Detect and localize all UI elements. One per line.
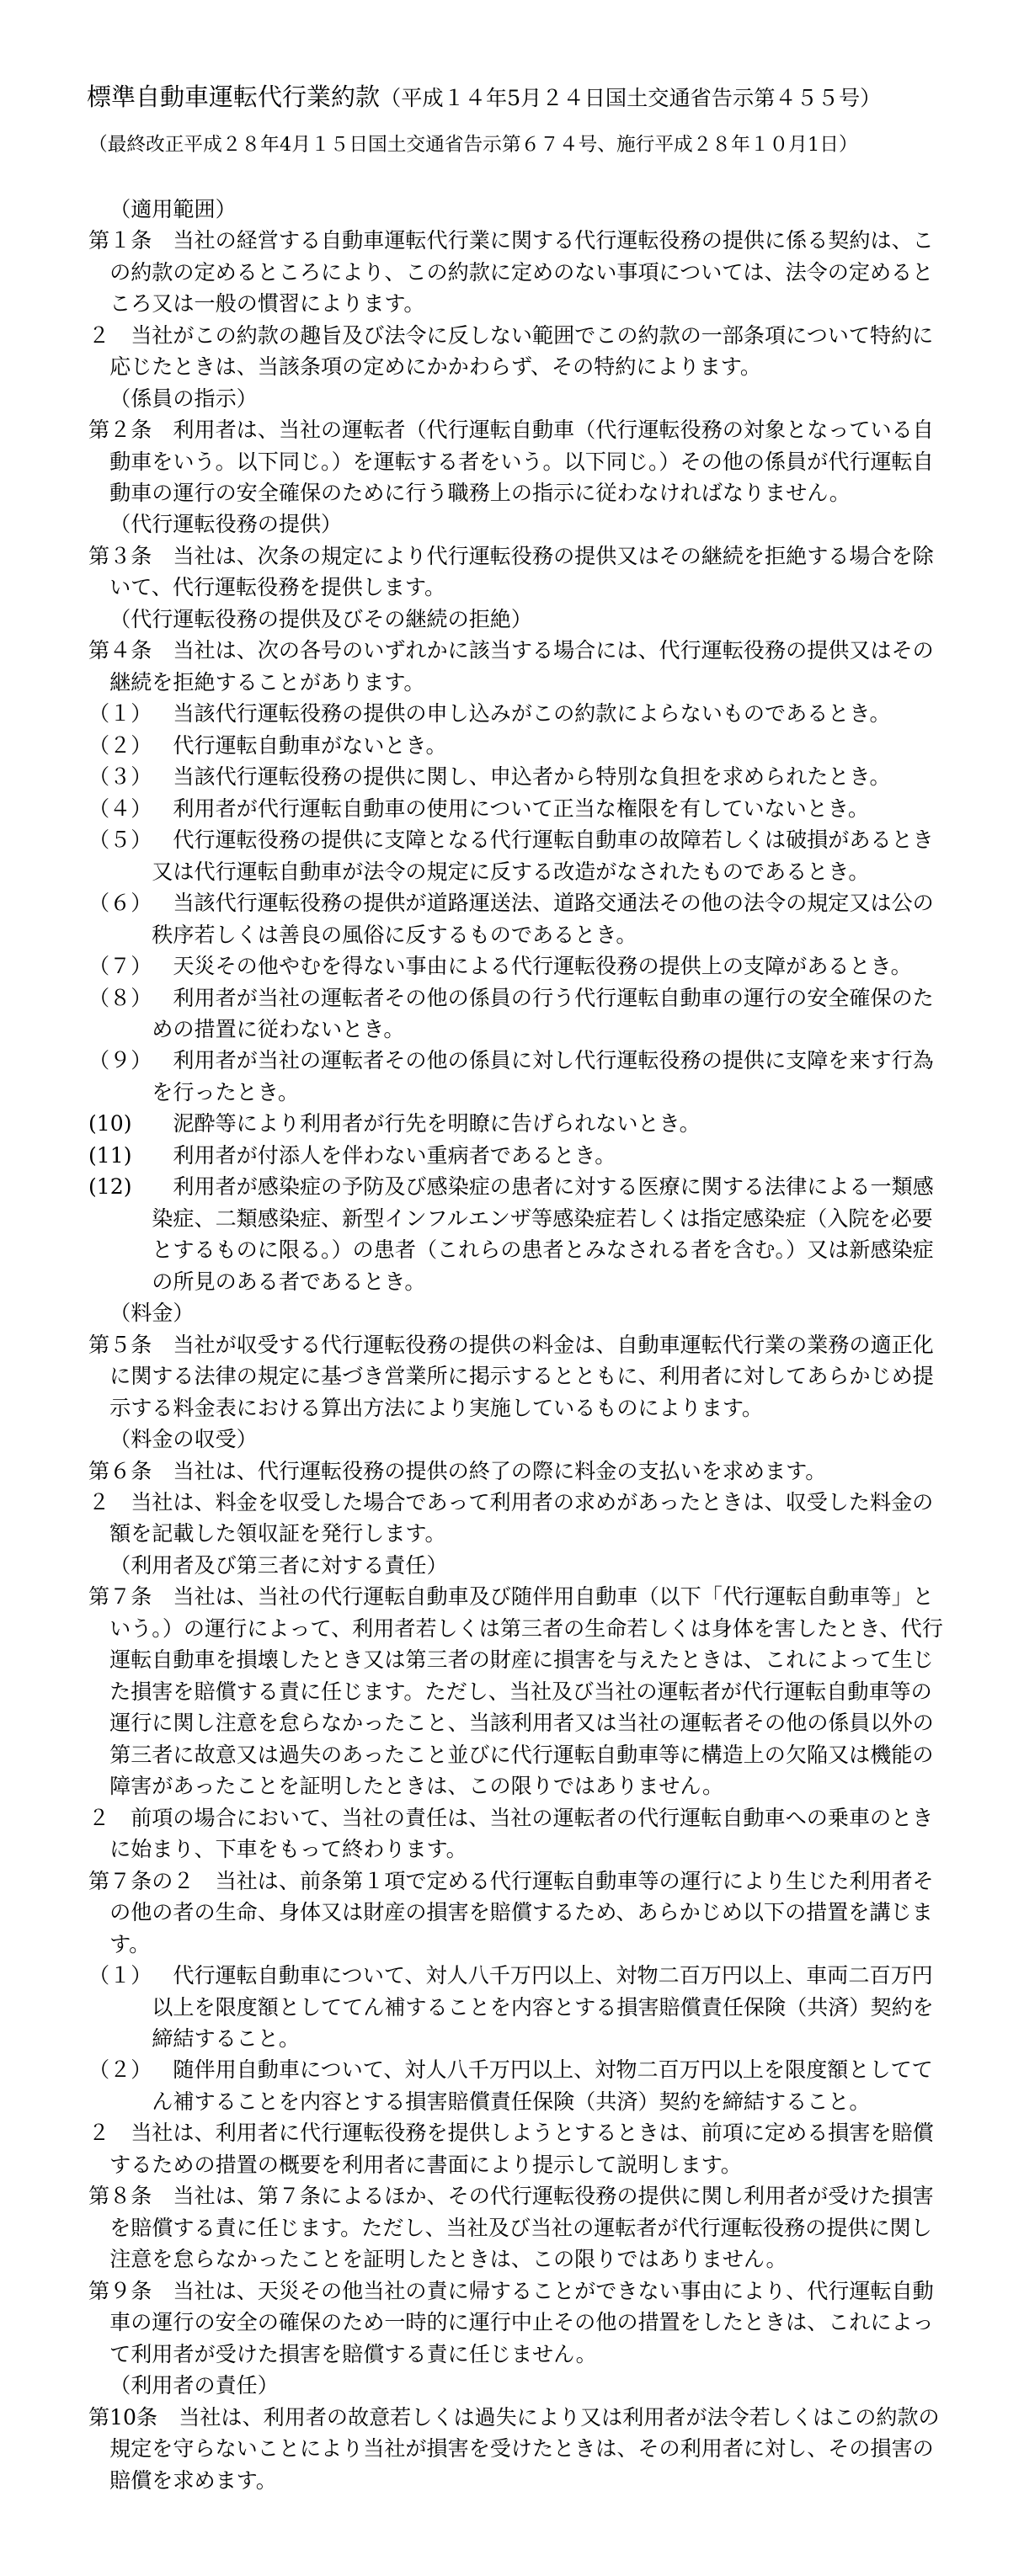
paragraph-text: 前項の場合において、当社の責任は、当社の運転者の代行運転自動車への乗車のとき (131, 1806, 933, 1830)
article-text: 当社は、利用者の故意若しくは過失により又は利用者が法令若しくはこの約款の (179, 2405, 939, 2430)
list-item: （１）代行運転自動車について、対人八千万円以上、対物二百万円以上、車両二百万円 (88, 1960, 956, 1991)
item-text: 当該代行運転役務の提供が道路運送法、道路交通法その他の法令の規定又は公の (173, 891, 933, 915)
article-heading: （料金の収受） (88, 1424, 956, 1455)
item-text: 代行運転役務の提供に支障となる代行運転自動車の故障若しくは破損があるとき (173, 828, 933, 852)
article-1: （適用範囲） 第１条当社の経営する自動車運転代行業に関する代行運転役務の提供に係… (88, 194, 956, 383)
article-text-line: ころ又は一般の慣習によります。 (88, 288, 956, 319)
article-text-line: す。 (88, 1929, 956, 1960)
article-heading: （代行運転役務の提供） (88, 508, 956, 540)
paragraph-number: ２ (88, 1490, 109, 1514)
article-text-line: 動車をいう。以下同じ。）を運転する者をいう。以下同じ。）その他の係員が代行運転自 (88, 446, 956, 477)
article-text-line: 運転自動車を損壊したとき又は第三者の財産に損害を与えたときは、これによって生じ (88, 1644, 956, 1675)
article-text-line: 車の運行の安全の確保のため一時的に運行中止その他の措置をしたときは、これによっ (88, 2307, 956, 2338)
article-text-line: 第三者に故意又は過失のあったこと並びに代行運転自動車等に構造上の欠陥又は機能の (88, 1739, 956, 1770)
item-text: 当該代行運転役務の提供の申し込みがこの約款によらないものであるとき。 (173, 701, 890, 726)
paragraph-text-line: 額を記載した領収証を発行します。 (88, 1518, 956, 1549)
article-heading: （料金） (88, 1297, 956, 1328)
item-number: （３） (88, 761, 152, 792)
article-heading: （代行運転役務の提供及びその継続の拒絶） (88, 604, 956, 635)
article-heading: （利用者の責任） (88, 2370, 956, 2401)
list-item: (11)利用者が付添人を伴わない重病者であるとき。 (88, 1140, 956, 1171)
title-notice-reference: （平成１４年5月２４日国土交通省告示第４５５号） (380, 86, 881, 110)
list-item: （３）当該代行運転役務の提供に関し、申込者から特別な負担を求められたとき。 (88, 761, 956, 792)
article-text-line: 動車の運行の安全確保のために行う職務上の指示に従わなければなりません。 (88, 477, 956, 508)
article-5: （料金） 第５条当社が収受する代行運転役務の提供の料金は、自動車運転代行業の業務… (88, 1297, 956, 1424)
list-item: （６）当該代行運転役務の提供が道路運送法、道路交通法その他の法令の規定又は公の (88, 887, 956, 918)
article-text-line: いう。）の運行によって、利用者若しくは第三者の生命若しくは身体を害したとき、代行 (88, 1613, 956, 1644)
item-number: （８） (88, 982, 152, 1014)
article-text-line: 第９条当社は、天災その他当社の責に帰することができない事由により、代行運転自動 (88, 2275, 956, 2307)
article-text-line: 注意を怠らなかったことを証明したときは、この限りではありません。 (88, 2243, 956, 2275)
article-text-line: の他の者の生命、身体又は財産の損害を賠償するため、あらかじめ以下の措置を講じま (88, 1897, 956, 1928)
article-10: （利用者の責任） 第10条当社は、利用者の故意若しくは過失により又は利用者が法令… (88, 2370, 956, 2496)
item-number: （１） (88, 1960, 152, 1991)
paragraph-text-line: するための措置の概要を利用者に書面により提示して説明します。 (88, 2149, 956, 2180)
list-item: （２）随伴用自動車について、対人八千万円以上、対物二百万円以上を限度額としてて (88, 2054, 956, 2085)
article-text-line: いて、代行運転役務を提供します。 (88, 572, 956, 603)
article-text-line: 第３条当社は、次条の規定により代行運転役務の提供又はその継続を拒絶する場合を除 (88, 540, 956, 572)
item-number: (11) (88, 1140, 152, 1171)
list-item: （８）利用者が当社の運転者その他の係員の行う代行運転自動車の運行の安全確保のた (88, 982, 956, 1014)
article-number: 第７条 (88, 1584, 152, 1609)
article-text: 当社は、第７条によるほか、その代行運転役務の提供に関し利用者が受けた損害 (173, 2184, 933, 2208)
item-text: 天災その他やむを得ない事由による代行運転役務の提供上の支障があるとき。 (173, 954, 911, 978)
item-number: (12) (88, 1171, 152, 1202)
item-number: （７） (88, 950, 152, 982)
article-text-line: 第６条当社は、代行運転役務の提供の終了の際に料金の支払いを求めます。 (88, 1456, 956, 1487)
article-text-line: 第10条当社は、利用者の故意若しくは過失により又は利用者が法令若しくはこの約款の (88, 2402, 956, 2433)
article-text-line: 第８条当社は、第７条によるほか、その代行運転役務の提供に関し利用者が受けた損害 (88, 2180, 956, 2211)
article-number: 第６条 (88, 1459, 152, 1483)
article-text-line: た損害を賠償する責に任じます。ただし、当社及び当社の運転者が代行運転自動車等の (88, 1676, 956, 1707)
article-text: 当社は、次の各号のいずれかに該当する場合には、代行運転役務の提供又はその (173, 638, 933, 663)
article-number: 第４条 (88, 638, 152, 663)
article-text-line: 第７条当社は、当社の代行運転自動車及び随伴用自動車（以下「代行運転自動車等」と (88, 1581, 956, 1612)
article-text-line: を賠償する責に任じます。ただし、当社及び当社の運転者が代行運転役務の提供に関し (88, 2212, 956, 2243)
item-text-line: 染症、二類感染症、新型インフルエンザ等感染症若しくは指定感染症（入院を必要 (88, 1203, 956, 1234)
item-text: 利用者が代行運転自動車の使用について正当な権限を有していないとき。 (173, 796, 869, 821)
article-text-line: て利用者が受けた損害を賠償する責に任じません。 (88, 2339, 956, 2370)
article-text-line: 第７条の２当社は、前条第１項で定める代行運転自動車等の運行により生じた利用者そ (88, 1865, 956, 1897)
article-7: （利用者及び第三者に対する責任） 第７条当社は、当社の代行運転自動車及び随伴用自… (88, 1550, 956, 1865)
item-number: （２） (88, 2054, 152, 2085)
article-number: 第１条 (88, 228, 152, 253)
item-text: 代行運転自動車について、対人八千万円以上、対物二百万円以上、車両二百万円 (173, 1963, 932, 1988)
article-7-2: 第７条の２当社は、前条第１項で定める代行運転自動車等の運行により生じた利用者そ … (88, 1865, 956, 2181)
article-text: 当社は、次条の規定により代行運転役務の提供又はその継続を拒絶する場合を除 (173, 544, 933, 568)
item-text-line: の所見のある者であるとき。 (88, 1266, 956, 1297)
paragraph-line: ２当社がこの約款の趣旨及び法令に反しない範囲でこの約款の一部条項について特約に (88, 320, 956, 351)
article-text-line: 継続を拒絶することがあります。 (88, 667, 956, 698)
item-text: 当該代行運転役務の提供に関し、申込者から特別な負担を求められたとき。 (173, 764, 890, 789)
article-text: 当社は、当社の代行運転自動車及び随伴用自動車（以下「代行運転自動車等」と (173, 1584, 933, 1609)
article-text: 当社の経営する自動車運転代行業に関する代行運転役務の提供に係る契約は、こ (173, 228, 933, 253)
paragraph-number: ２ (88, 2121, 109, 2145)
article-8: 第８条当社は、第７条によるほか、その代行運転役務の提供に関し利用者が受けた損害 … (88, 2180, 956, 2275)
item-text: 利用者が当社の運転者その他の係員の行う代行運転自動車の運行の安全確保のた (173, 986, 933, 1010)
item-text-line: 秩序若しくは善良の風俗に反するものであるとき。 (88, 919, 956, 950)
item-text-line: を行ったとき。 (88, 1077, 956, 1108)
article-number: 第８条 (88, 2184, 152, 2208)
article-text-line: の約款の定めるところにより、この約款に定めのない事項については、法令の定めると (88, 257, 956, 288)
article-text: 利用者は、当社の運転者（代行運転自動車（代行運転役務の対象となっている自 (173, 418, 933, 442)
item-text-line: めの措置に従わないとき。 (88, 1014, 956, 1045)
list-item: （１）当該代行運転役務の提供の申し込みがこの約款によらないものであるとき。 (88, 698, 956, 729)
paragraph-text: 当社は、料金を収受した場合であって利用者の求めがあったときは、収受した料金の (131, 1490, 933, 1514)
article-text-line: 障害があったことを証明したときは、この限りではありません。 (88, 1770, 956, 1802)
paragraph-text-line: に始まり、下車をもって終わります。 (88, 1834, 956, 1865)
article-heading: （係員の指示） (88, 383, 956, 414)
article-text: 当社が収受する代行運転役務の提供の料金は、自動車運転代行業の業務の適正化 (173, 1333, 933, 1357)
article-text-line: 第４条当社は、次の各号のいずれかに該当する場合には、代行運転役務の提供又はその (88, 635, 956, 666)
article-number: 第２条 (88, 418, 152, 442)
item-text: 泥酔等により利用者が行先を明瞭に告げられないとき。 (173, 1111, 700, 1136)
article-text-line: 第１条当社の経営する自動車運転代行業に関する代行運転役務の提供に係る契約は、こ (88, 225, 956, 256)
item-text: 随伴用自動車について、対人八千万円以上、対物二百万円以上を限度額としてて (173, 2057, 932, 2082)
item-text-line: とするものに限る。）の患者（これらの患者とみなされる者を含む。）又は新感染症 (88, 1234, 956, 1265)
paragraph-text-line: 応じたときは、当該条項の定めにかかわらず、その特約によります。 (88, 351, 956, 382)
list-item: （９）利用者が当社の運転者その他の係員に対し代行運転役務の提供に支障を来す行為 (88, 1045, 956, 1076)
list-item: (10)泥酔等により利用者が行先を明瞭に告げられないとき。 (88, 1108, 956, 1139)
item-number: （１） (88, 698, 152, 729)
paragraph-line: ２前項の場合において、当社の責任は、当社の運転者の代行運転自動車への乗車のとき (88, 1802, 956, 1834)
paragraph-number: ２ (88, 1806, 109, 1830)
paragraph-text: 当社がこの約款の趣旨及び法令に反しない範囲でこの約款の一部条項について特約に (131, 323, 933, 348)
item-number: （２） (88, 730, 152, 761)
paragraph-text: 当社は、利用者に代行運転役務を提供しようとするときは、前項に定める損害を賠償 (131, 2121, 934, 2145)
item-number: （４） (88, 793, 152, 824)
item-text-line: 又は代行運転自動車が法令の規定に反する改造がなされたものであるとき。 (88, 856, 956, 887)
item-text-line: 以上を限度額としててん補することを内容とする損害賠償責任保険（共済）契約を (88, 1992, 956, 2023)
item-text: 利用者が付添人を伴わない重病者であるとき。 (173, 1143, 616, 1168)
article-number: 第５条 (88, 1333, 152, 1357)
article-text-line: 運行に関し注意を怠らなかったこと、当該利用者又は当社の運転者その他の係員以外の (88, 1707, 956, 1738)
article-number: 第７条の２ (88, 1869, 194, 1893)
article-text-line: 示する料金表における算出方法により実施しているものによります。 (88, 1392, 956, 1424)
list-item: （４）利用者が代行運転自動車の使用について正当な権限を有していないとき。 (88, 793, 956, 824)
article-text: 当社は、前条第１項で定める代行運転自動車等の運行により生じた利用者そ (216, 1869, 934, 1893)
document-body: （適用範囲） 第１条当社の経営する自動車運転代行業に関する代行運転役務の提供に係… (88, 194, 956, 2496)
article-9: 第９条当社は、天災その他当社の責に帰することができない事由により、代行運転自動 … (88, 2275, 956, 2370)
article-text-line: 規定を守らないことにより当社が損害を受けたときは、その利用者に対し、その損害の (88, 2433, 956, 2464)
article-text: 当社は、代行運転役務の提供の終了の際に料金の支払いを求めます。 (173, 1459, 826, 1483)
article-3: （代行運転役務の提供） 第３条当社は、次条の規定により代行運転役務の提供又はその… (88, 508, 956, 603)
list-item: （５）代行運転役務の提供に支障となる代行運転自動車の故障若しくは破損があるとき (88, 824, 956, 855)
article-text-line: 第５条当社が収受する代行運転役務の提供の料金は、自動車運転代行業の業務の適正化 (88, 1329, 956, 1360)
item-number: （９） (88, 1045, 152, 1076)
article-2: （係員の指示） 第２条利用者は、当社の運転者（代行運転自動車（代行運転役務の対象… (88, 383, 956, 509)
item-number: （５） (88, 824, 152, 855)
paragraph-number: ２ (88, 323, 109, 348)
title-main: 標準自動車運転代行業約款 (87, 82, 380, 111)
item-text: 利用者が感染症の予防及び感染症の患者に対する医療に関する法律による一類感 (173, 1174, 933, 1199)
article-number: 第９条 (88, 2279, 152, 2303)
article-heading: （適用範囲） (88, 194, 956, 225)
document-title: 標準自動車運転代行業約款（平成１４年5月２４日国土交通省告示第４５５号） (87, 80, 881, 114)
item-text: 代行運転自動車がないとき。 (173, 733, 446, 758)
item-number: （６） (88, 887, 152, 918)
list-item: (12)利用者が感染症の予防及び感染症の患者に対する医療に関する法律による一類感 (88, 1171, 956, 1202)
document-subtitle: （最終改正平成２８年4月１５日国土交通省告示第６７４号、施行平成２８年１０月1日… (88, 130, 858, 160)
article-number: 第３条 (88, 544, 152, 568)
item-text: 利用者が当社の運転者その他の係員に対し代行運転役務の提供に支障を来す行為 (173, 1048, 933, 1072)
article-4: （代行運転役務の提供及びその継続の拒絶） 第４条当社は、次の各号のいずれかに該当… (88, 604, 956, 1297)
document-page: 標準自動車運転代行業約款（平成１４年5月２４日国土交通省告示第４５５号） （最終… (0, 0, 1024, 2576)
article-heading: （利用者及び第三者に対する責任） (88, 1550, 956, 1581)
article-text-line: 賠償を求めます。 (88, 2465, 956, 2496)
item-text-line: ん補することを内容とする損害賠償責任保険（共済）契約を締結すること。 (88, 2086, 956, 2117)
article-text-line: 第２条利用者は、当社の運転者（代行運転自動車（代行運転役務の対象となっている自 (88, 414, 956, 445)
paragraph-line: ２当社は、利用者に代行運転役務を提供しようとするときは、前項に定める損害を賠償 (88, 2117, 956, 2148)
article-text-line: に関する法律の規定に基づき営業所に掲示するとともに、利用者に対してあらかじめ提 (88, 1360, 956, 1392)
article-text: 当社は、天災その他当社の責に帰することができない事由により、代行運転自動 (173, 2279, 933, 2303)
article-6: （料金の収受） 第６条当社は、代行運転役務の提供の終了の際に料金の支払いを求めま… (88, 1424, 956, 1550)
article-number: 第10条 (88, 2405, 157, 2430)
list-item: （２）代行運転自動車がないとき。 (88, 730, 956, 761)
paragraph-line: ２当社は、料金を収受した場合であって利用者の求めがあったときは、収受した料金の (88, 1487, 956, 1518)
list-item: （７）天災その他やむを得ない事由による代行運転役務の提供上の支障があるとき。 (88, 950, 956, 982)
item-text-line: 締結すること。 (88, 2023, 956, 2054)
item-number: (10) (88, 1108, 152, 1139)
